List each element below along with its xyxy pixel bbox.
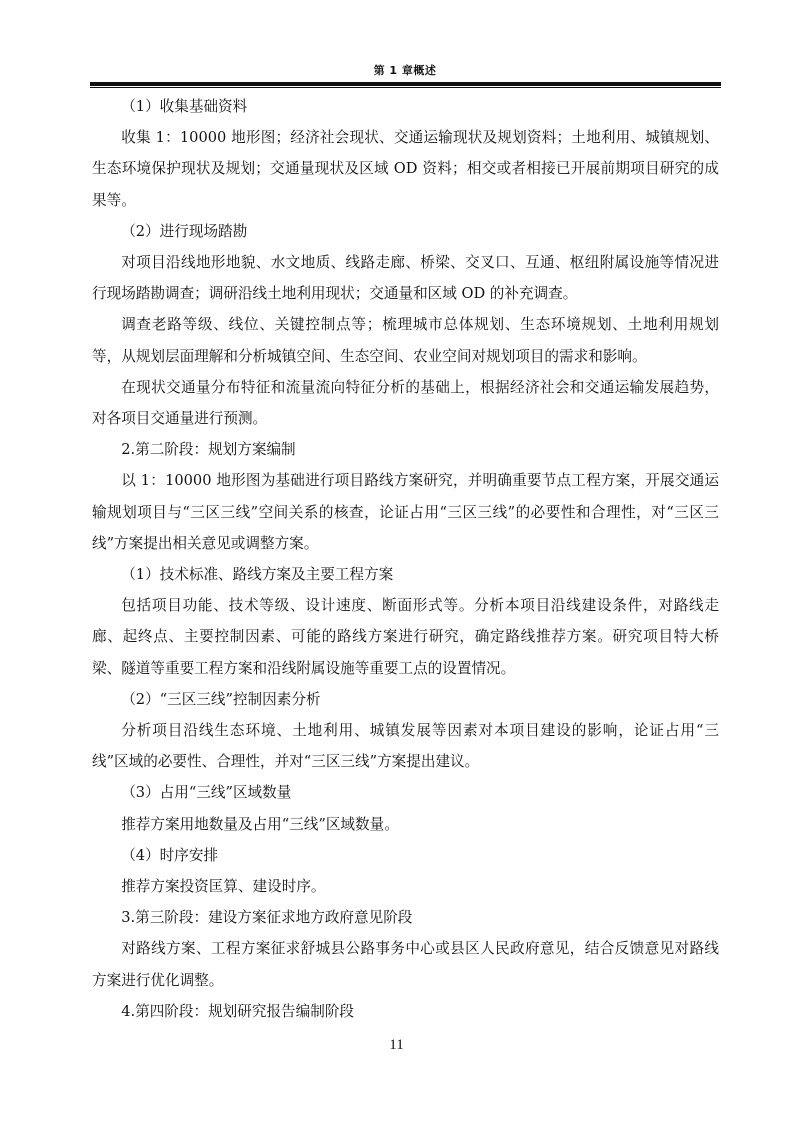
paragraph-stage-2: 以 1：10000 地形图为基础进行项目路线方案研究，并明确重要节点工程方案，开… (92, 465, 719, 559)
body-text: （1）收集基础资料 收集 1：10000 地形图；经济社会现状、交通运输现状及规… (92, 91, 719, 1027)
header-divider-rule (90, 82, 721, 89)
paragraph-site-survey: 对项目沿线地形地貌、水文地质、线路走廊、桥梁、交叉口、互通、枢纽附属设施等情况进… (92, 247, 719, 309)
subheading-technical-standards: （1）技术标准、路线方案及主要工程方案 (92, 559, 719, 590)
paragraph-schedule: 推荐方案投资匡算、建设时序。 (92, 871, 719, 902)
header-rule-thin-line (90, 87, 721, 88)
subheading-control-factors: （2）“三区三线”控制因素分析 (92, 684, 719, 715)
heading-stage-3: 3.第三阶段：建设方案征求地方政府意见阶段 (92, 902, 719, 933)
page-number: 11 (0, 1037, 793, 1054)
paragraph-old-road-survey: 调查老路等级、线位、关键控制点等；梳理城市总体规划、生态环境规划、土地利用规划等… (92, 309, 719, 371)
subheading-collect-basic-data: （1）收集基础资料 (92, 91, 719, 122)
paragraph-occupied-area: 推荐方案用地数量及占用“三线”区域数量。 (92, 809, 719, 840)
paragraph-traffic-forecast: 在现状交通量分布特征和流量流向特征分析的基础上，根据经济社会和交通运输发展趋势，… (92, 372, 719, 434)
paragraph-stage-3: 对路线方案、工程方案征求舒城县公路事务中心或县区人民政府意见，结合反馈意见对路线… (92, 933, 719, 995)
heading-stage-2: 2.第二阶段：规划方案编制 (92, 434, 719, 465)
heading-stage-4: 4.第四阶段：规划研究报告编制阶段 (92, 996, 719, 1027)
paragraph-control-factors: 分析项目沿线生态环境、土地利用、城镇发展等因素对本项目建设的影响，论证占用“三线… (92, 715, 719, 777)
subheading-occupied-area: （3）占用“三线”区域数量 (92, 777, 719, 808)
paragraph-collect-basic-data: 收集 1：10000 地形图；经济社会现状、交通运输现状及规划资料；土地利用、城… (92, 122, 719, 216)
subheading-schedule: （4）时序安排 (92, 840, 719, 871)
paragraph-technical-standards: 包括项目功能、技术等级、设计速度、断面形式等。分析本项目沿线建设条件，对路线走廊… (92, 590, 719, 684)
subheading-site-survey: （2）进行现场踏勘 (92, 216, 719, 247)
running-header-chapter-title: 第 1 章概述 (90, 62, 720, 78)
